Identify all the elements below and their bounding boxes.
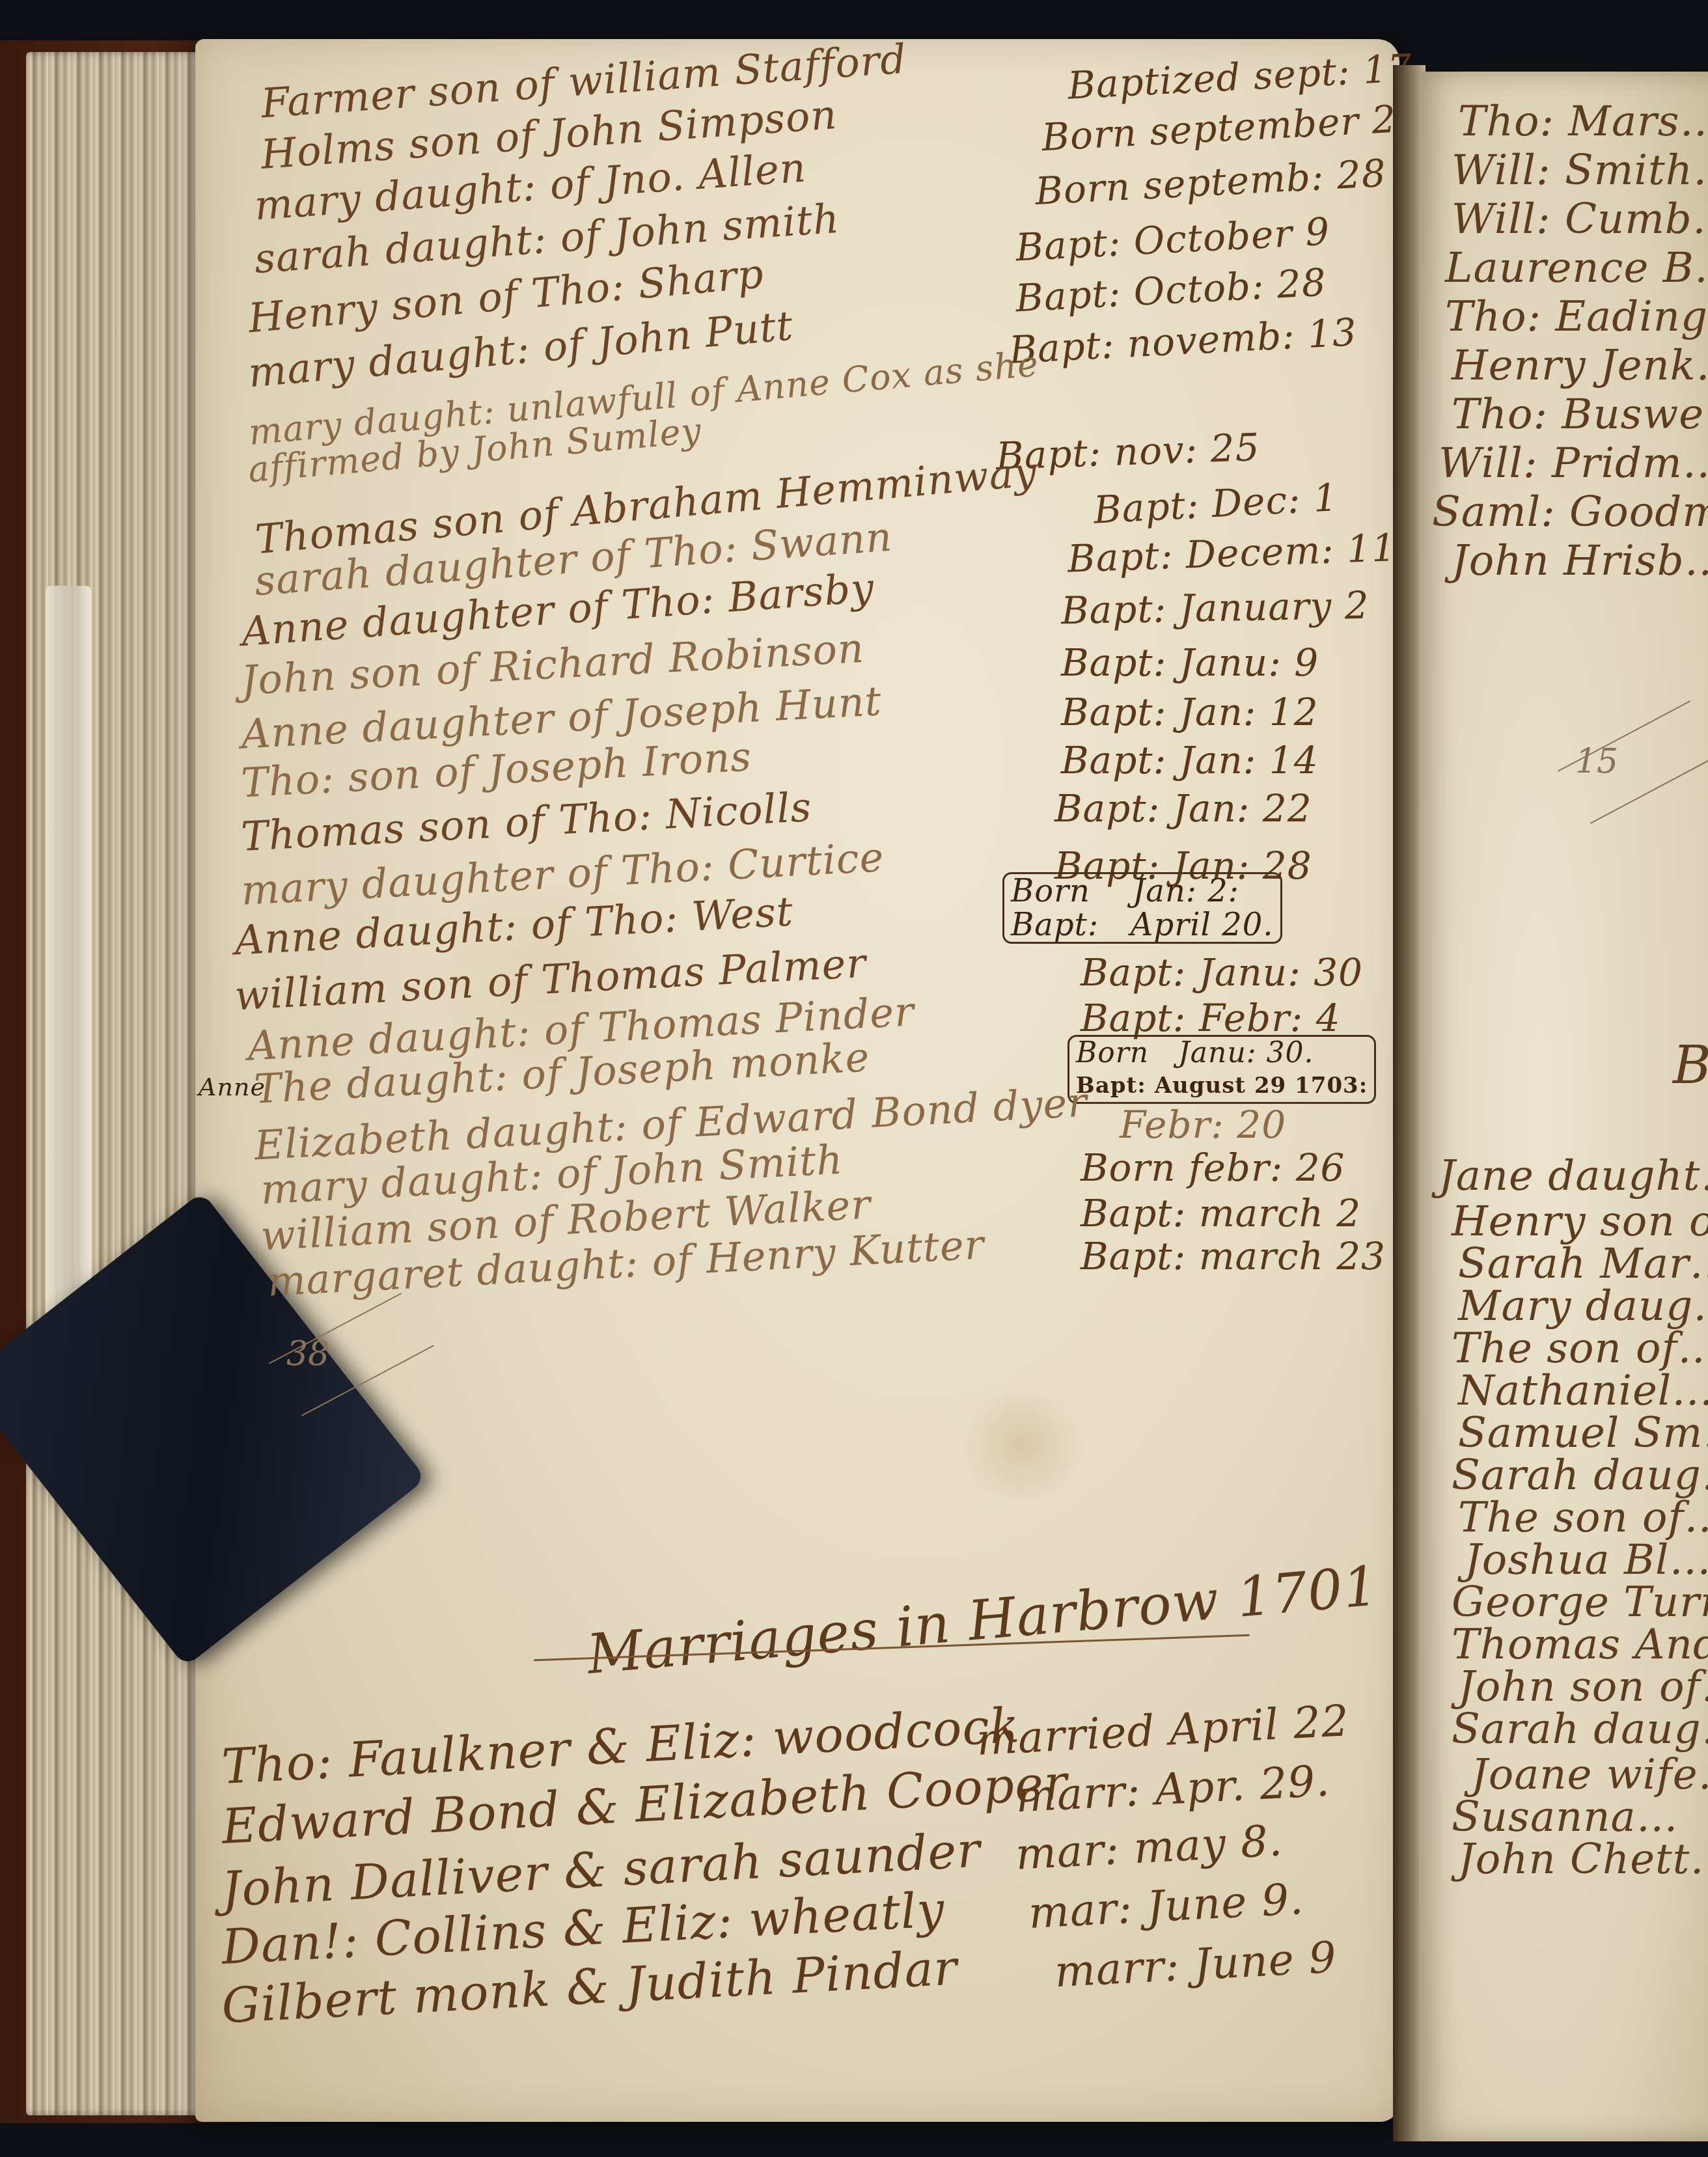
folio-number-right: 15 <box>1575 742 1618 781</box>
right-entry: John son of… <box>1458 1663 1708 1711</box>
right-entry: Sarah daug… <box>1452 1705 1708 1753</box>
right-entry: Joane wife… <box>1471 1751 1708 1799</box>
entry-date: Bapt: Jan: 12 <box>1061 690 1319 734</box>
right-entry: Tho: Eading… <box>1445 293 1708 341</box>
entry-date: Febr: 20 <box>1120 1103 1286 1147</box>
right-entry: Will: Pridm… <box>1439 439 1708 488</box>
right-entry: Jane daught… <box>1439 1152 1708 1200</box>
paper-slip-tab <box>46 586 91 1393</box>
right-entry: Mary daug… <box>1458 1282 1708 1330</box>
right-entry: Sarah Mar… <box>1458 1240 1708 1288</box>
right-entry: John Chett… <box>1458 1835 1708 1884</box>
entry-date: Bapt: Janu: 30 <box>1081 950 1363 995</box>
entry-date: Bapt: march 2 <box>1081 1191 1361 1235</box>
entry-date: Bapt: march 23 <box>1081 1234 1386 1278</box>
right-entry: Joshua Bl… <box>1465 1536 1708 1584</box>
folio-number-left: 38 <box>286 1334 329 1373</box>
right-entry: The son of… <box>1452 1325 1708 1373</box>
right-entry: Samuel Sm… <box>1458 1409 1708 1457</box>
entry-date: Bapt: January 2 <box>1060 583 1370 633</box>
right-entry: Nathaniel… <box>1458 1367 1708 1415</box>
right-entry: Henry son of… <box>1452 1198 1708 1246</box>
right-entry: Thomas And… <box>1452 1621 1708 1669</box>
stain <box>950 1393 1094 1497</box>
right-entry: Sarah daug… <box>1452 1451 1708 1500</box>
right-entry: Tho: Mars… <box>1458 98 1708 146</box>
right-entry: George Turne… <box>1452 1578 1708 1627</box>
right-entry: Will: Cumb… <box>1452 195 1708 243</box>
entry-date: Bapt: Febr: 4 <box>1081 996 1341 1040</box>
boxed-annotation-west: Born Jan: 2: Bapt: April 20. <box>1002 872 1282 944</box>
right-entry: The son of… <box>1458 1494 1708 1542</box>
right-entry: John Hrisb… <box>1452 537 1708 585</box>
entry-date: Bapt: Janu: 9 <box>1061 640 1319 685</box>
right-entry: Laurence B… <box>1445 244 1708 292</box>
partial-heading: B… <box>1673 1035 1708 1095</box>
entry-date: Bapt: Jan: 14 <box>1061 738 1319 782</box>
entry-date: Bapt: Jan: 22 <box>1054 786 1312 831</box>
right-entry: Tho: Buswe… <box>1452 391 1708 439</box>
right-entry: Henry Jenk… <box>1452 342 1708 390</box>
right-entry: Susanna… <box>1452 1793 1679 1841</box>
boxed-annotation-monke: Born Janu: 30. Bapt: August 29 1703: <box>1067 1035 1376 1104</box>
right-entry: Saml: Goodm… <box>1432 488 1708 536</box>
right-entry: Will: Smith… <box>1452 146 1708 195</box>
entry-date: Born febr: 26 <box>1081 1146 1345 1190</box>
